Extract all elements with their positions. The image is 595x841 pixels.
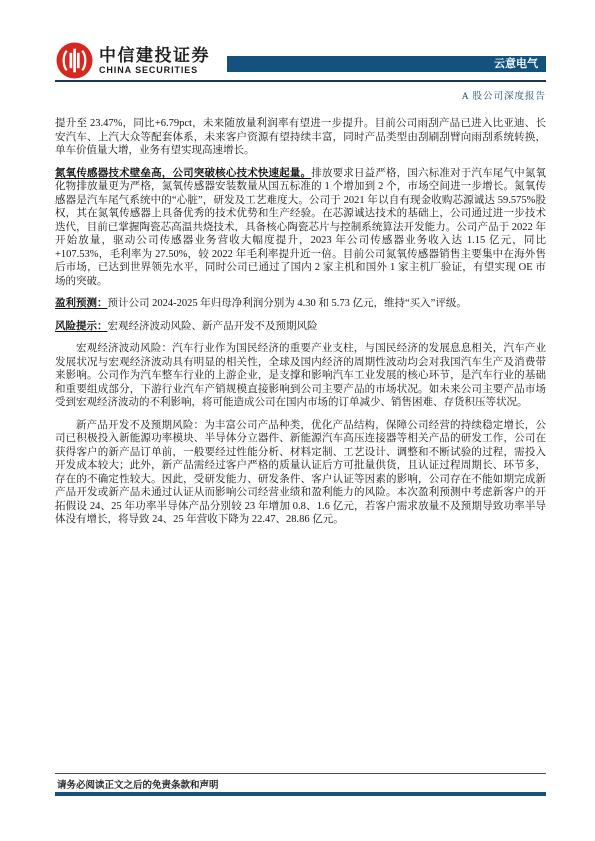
report-type-label: A 股公司深度报告	[55, 88, 546, 102]
paragraph-lead: 盈利预测：	[55, 298, 108, 309]
footer-divider-thin	[55, 773, 546, 774]
paragraph-lead: 风险提示：	[55, 321, 108, 332]
brand-text: 中信建投证券 CHINA SECURITIES	[99, 46, 210, 76]
paragraph-macro-risk: 宏观经济波动风险：汽车行业作为国民经济的重要产业支柱，与国民经济的发展息息相关，…	[55, 342, 546, 410]
report-body: 提升至 23.47%，同比+6.79pct，未来随放量利润率有望进一步提升。目前…	[55, 117, 546, 536]
paragraph-text: 排放要求日益严格，国六标准对于汽车尾气中氮氧化物排放量更为严格，氮氧传感器安装数…	[55, 168, 546, 287]
paragraph-margin-growth: 提升至 23.47%，同比+6.79pct，未来随放量利润率有望进一步提升。目前…	[55, 117, 546, 158]
brand-name-cn: 中信建投证券	[99, 46, 210, 65]
paragraph-nox-sensor: 氮氧传感器技术壁垒高，公司突破核心技术快速起量。排放要求日益严格，国六标准对于汽…	[55, 167, 546, 289]
company-name: 云意电气	[494, 58, 538, 70]
paragraph-new-product-risk: 新产品开发不及预期风险：为丰富公司产品种类，优化产品结构，保障公司经营的持续稳定…	[55, 419, 546, 527]
paragraph-text: 宏观经济波动风险：汽车行业作为国民经济的重要产业支柱，与国民经济的发展息息相关，…	[55, 343, 546, 408]
footer-disclaimer: 请务必阅读正文之后的免责条款和声明	[57, 777, 219, 791]
brand-logo: 中信建投证券 CHINA SECURITIES	[56, 42, 210, 79]
paragraph-text: 新产品开发不及预期风险：为丰富公司产品种类，优化产品结构，保障公司经营的持续稳定…	[55, 420, 546, 526]
paragraph-risk-warning: 风险提示：宏观经济波动风险、新产品开发不及预期风险	[55, 320, 546, 334]
company-tag-bar: 云意电气	[227, 56, 546, 72]
brand-name-en: CHINA SECURITIES	[99, 65, 210, 76]
csc-logo-icon	[56, 42, 93, 79]
paragraph-profit-forecast: 盈利预测：预计公司 2024-2025 年归母净利润分别为 4.30 和 5.7…	[55, 297, 546, 311]
header-divider	[55, 80, 546, 82]
paragraph-text: 预计公司 2024-2025 年归母净利润分别为 4.30 和 5.73 亿元，…	[108, 298, 467, 309]
paragraph-text: 提升至 23.47%，同比+6.79pct，未来随放量利润率有望进一步提升。目前…	[55, 118, 546, 156]
paragraph-text: 宏观经济波动风险、新产品开发不及预期风险	[108, 321, 318, 332]
report-page: 中信建投证券 CHINA SECURITIES 云意电气 A 股公司深度报告 提…	[0, 0, 595, 841]
paragraph-lead: 氮氧传感器技术壁垒高，公司突破核心技术快速起量。	[55, 168, 311, 179]
footer-divider-thick	[55, 792, 546, 796]
